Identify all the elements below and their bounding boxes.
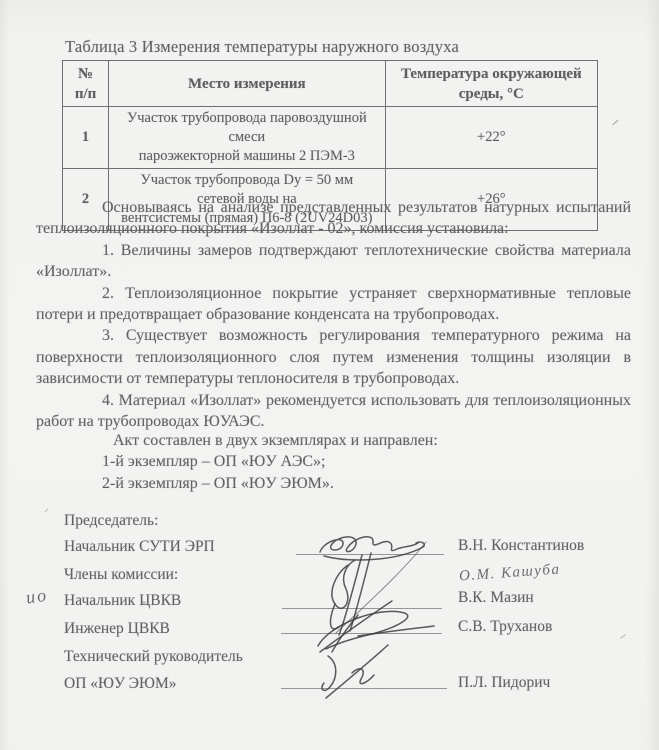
- header-temp-line1: Температура окружающей: [401, 66, 582, 82]
- signature-scribble-mazin-stroke1: [339, 555, 362, 635]
- member3-role-line1: Технический руководитель: [64, 648, 243, 666]
- header-place: Место измерения: [109, 61, 386, 107]
- scan-artifact: [612, 120, 618, 126]
- finding-item-1: 1. Величины замеров подтверждают теплоте…: [36, 240, 631, 283]
- finding-item-3: 3. Существует возможность регулирования …: [36, 325, 631, 389]
- document-page: Таблица 3 Измерения температуры наружног…: [0, 0, 659, 750]
- table-row: 1 Участок трубопровода паровоздушной сме…: [63, 107, 598, 169]
- distribution-intro: Акт составлен в двух экземплярах и напра…: [102, 430, 438, 451]
- finding-item-4: 4. Материал «Изоллат» рекомендуется испо…: [36, 390, 631, 433]
- signatures-overlay: [240, 505, 500, 750]
- signature-scribble-mazin: [332, 560, 355, 608]
- handwritten-margin-note: ио: [25, 585, 50, 609]
- signature-section: Председатель: Начальник СУТИ ЭРП В.Н. Ко…: [0, 505, 659, 750]
- header-temp: Температура окружающей среды, °С: [385, 61, 597, 107]
- signature-scribble-trukhanov-dash: [358, 626, 434, 636]
- chairman-heading: Председатель:: [64, 512, 158, 530]
- distribution-copy-1: 1-й экземпляр – ОП «ЮУ АЭС»;: [102, 451, 438, 472]
- scan-artifact: [142, 601, 146, 604]
- header-num: № п/п: [63, 61, 109, 107]
- header-num-line1: №: [78, 66, 93, 82]
- findings-section: Основываясь на анализе представленных ре…: [36, 197, 631, 432]
- table-header-row: № п/п Место измерения Температура окружа…: [63, 61, 598, 107]
- signature-scribble-konstantinov: [320, 537, 418, 552]
- cell-row-number: 1: [63, 107, 109, 169]
- member3-role-line2: ОП «ЮУ ЭЮМ»: [64, 675, 177, 693]
- place-line2: пароэжекторной машины 2 ПЭМ-3: [139, 148, 355, 164]
- header-num-line2: п/п: [75, 86, 96, 102]
- signature-scribble-mazin-diagonal: [336, 542, 426, 633]
- table-title: Таблица 3 Измерения температуры наружног…: [65, 37, 459, 57]
- signature-scribble-pidorich-hook: [352, 669, 374, 684]
- distribution-section: Акт составлен в двух экземплярах и напра…: [102, 430, 438, 494]
- place-line1: Участок трубопровода паровоздушной смеси: [127, 110, 367, 145]
- signature-scribble-pidorich-left: [322, 656, 336, 690]
- chairman-role: Начальник СУТИ ЭРП: [64, 538, 215, 556]
- distribution-copy-2: 2-й экземпляр – ОП «ЮУ ЭЮМ».: [102, 473, 438, 494]
- members-heading: Члены комиссии:: [64, 566, 178, 584]
- cell-temperature: +22°: [385, 107, 597, 169]
- member2-role: Инженер ЦВКВ: [64, 620, 170, 638]
- header-temp-line2: среды, °С: [459, 86, 524, 102]
- member1-role: Начальник ЦВКВ: [64, 592, 181, 610]
- intro-paragraph: Основываясь на анализе представленных ре…: [36, 197, 631, 240]
- cell-measurement-place: Участок трубопровода паровоздушной смеси…: [109, 107, 386, 169]
- finding-item-2: 2. Теплоизоляционное покрытие устраняет …: [36, 283, 631, 326]
